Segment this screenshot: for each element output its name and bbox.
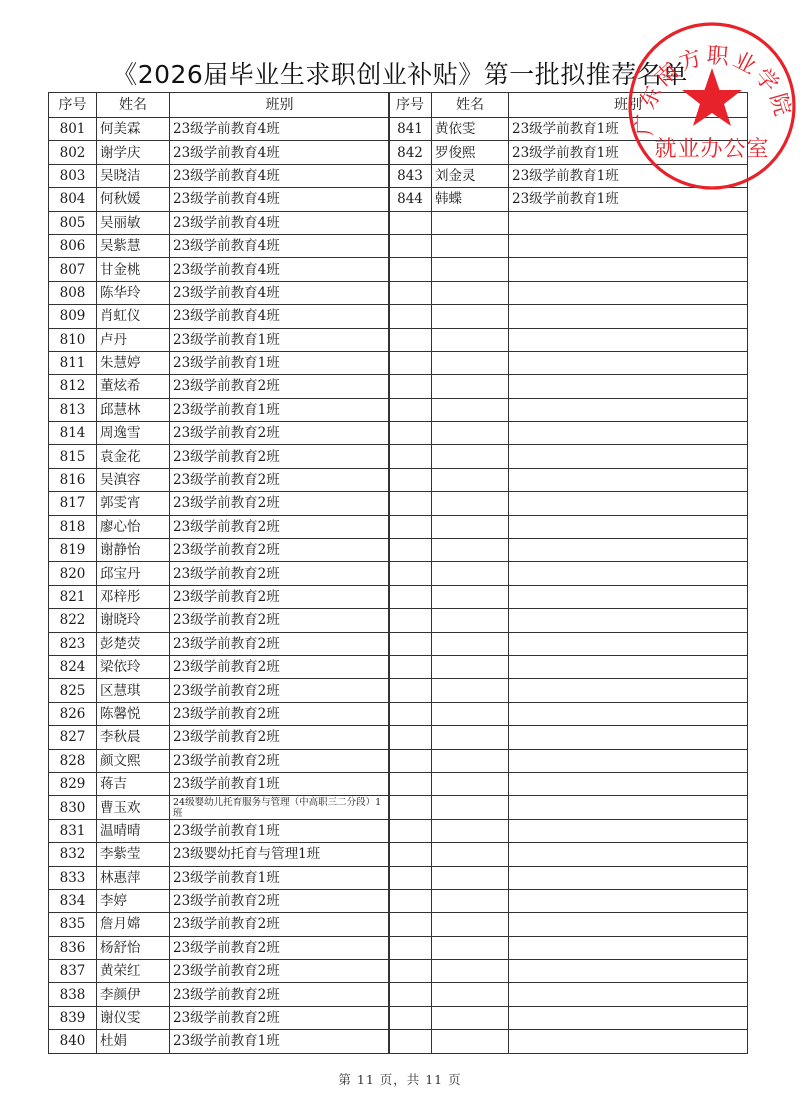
cell-class: 23级学前教育2班 (170, 632, 390, 655)
cell-name: 邱慧林 (97, 398, 170, 421)
cell-no: 831 (49, 819, 97, 842)
cell-class: 23级学前教育1班 (170, 398, 390, 421)
cell-no: 841 (389, 118, 432, 141)
cell-no (389, 351, 432, 374)
table-row: 815袁金花23级学前教育2班 (49, 445, 390, 468)
cell-no: 809 (49, 305, 97, 328)
cell-name: 甘金桃 (97, 258, 170, 281)
cell-name (432, 655, 509, 678)
table-row (389, 1006, 748, 1029)
table-row (389, 819, 748, 842)
cell-no (389, 889, 432, 912)
cell-no (389, 843, 432, 866)
cell-no (389, 702, 432, 725)
cell-name: 肖虹仪 (97, 305, 170, 328)
cell-no: 829 (49, 772, 97, 795)
table-row (389, 445, 748, 468)
cell-no: 813 (49, 398, 97, 421)
cell-class (509, 375, 748, 398)
table-row: 816吴滇容23级学前教育2班 (49, 468, 390, 491)
cell-class: 23级学前教育2班 (170, 726, 390, 749)
cell-no: 823 (49, 632, 97, 655)
table-row: 807甘金桃23级学前教育4班 (49, 258, 390, 281)
cell-name: 李秋晨 (97, 726, 170, 749)
cell-name (432, 422, 509, 445)
cell-class (509, 305, 748, 328)
cell-class (509, 819, 748, 842)
cell-name: 林惠萍 (97, 866, 170, 889)
header-class: 班别 (170, 93, 390, 118)
cell-name: 韩蝶 (432, 188, 509, 211)
cell-class (509, 234, 748, 257)
cell-no (389, 983, 432, 1006)
cell-class: 23级学前教育2班 (170, 936, 390, 959)
cell-no (389, 281, 432, 304)
cell-class (509, 726, 748, 749)
cell-name (432, 843, 509, 866)
cell-name: 曹玉欢 (97, 796, 170, 819)
cell-no: 837 (49, 960, 97, 983)
table-row (389, 234, 748, 257)
cell-name: 谢晓玲 (97, 609, 170, 632)
cell-no (389, 609, 432, 632)
table-row (389, 281, 748, 304)
cell-name: 温晴晴 (97, 819, 170, 842)
cell-class (509, 492, 748, 515)
cell-name (432, 468, 509, 491)
cell-no: 803 (49, 164, 97, 187)
cell-class: 23级学前教育2班 (170, 468, 390, 491)
cell-name (432, 1006, 509, 1029)
cell-name: 何秋媛 (97, 188, 170, 211)
cell-class (509, 351, 748, 374)
cell-class: 23级学前教育2班 (170, 749, 390, 772)
cell-no: 815 (49, 445, 97, 468)
cell-no (389, 305, 432, 328)
cell-name (432, 889, 509, 912)
cell-class: 23级学前教育2班 (170, 702, 390, 725)
table-header-row: 序号 姓名 班别 (389, 93, 748, 118)
table-row (389, 983, 748, 1006)
table-row (389, 539, 748, 562)
cell-no: 842 (389, 141, 432, 164)
table-row (389, 211, 748, 234)
table-row (389, 585, 748, 608)
cell-no: 838 (49, 983, 97, 1006)
cell-class (509, 258, 748, 281)
cell-no (389, 960, 432, 983)
cell-class: 23级学前教育2班 (170, 679, 390, 702)
table-row: 822谢晓玲23级学前教育2班 (49, 609, 390, 632)
header-no: 序号 (389, 93, 432, 118)
cell-class: 23级学前教育2班 (170, 960, 390, 983)
cell-no: 802 (49, 141, 97, 164)
cell-name: 区慧琪 (97, 679, 170, 702)
table-row (389, 398, 748, 421)
table-row: 804何秋媛23级学前教育4班 (49, 188, 390, 211)
table-row (389, 609, 748, 632)
table-row (389, 328, 748, 351)
cell-no: 818 (49, 515, 97, 538)
cell-no: 819 (49, 539, 97, 562)
table-row (389, 796, 748, 819)
cell-class: 23级学前教育4班 (170, 211, 390, 234)
cell-name: 卢丹 (97, 328, 170, 351)
cell-class (509, 983, 748, 1006)
cell-no: 804 (49, 188, 97, 211)
header-class: 班别 (509, 93, 748, 118)
table-row: 835詹月嫦23级学前教育2班 (49, 913, 390, 936)
cell-no (389, 819, 432, 842)
table-row: 843刘金灵23级学前教育1班 (389, 164, 748, 187)
table-row: 831温晴晴23级学前教育1班 (49, 819, 390, 842)
cell-class: 23级学前教育1班 (509, 141, 748, 164)
table-row: 801何美霖23级学前教育4班 (49, 118, 390, 141)
cell-name: 李颜伊 (97, 983, 170, 1006)
cell-no (389, 913, 432, 936)
table-row: 817郭雯宵23级学前教育2班 (49, 492, 390, 515)
cell-no (389, 772, 432, 795)
cell-no: 826 (49, 702, 97, 725)
cell-name: 郭雯宵 (97, 492, 170, 515)
cell-name: 邓梓彤 (97, 585, 170, 608)
cell-no: 833 (49, 866, 97, 889)
cell-no (389, 726, 432, 749)
table-row (389, 889, 748, 912)
cell-name (432, 749, 509, 772)
table-row: 812董炫希23级学前教育2班 (49, 375, 390, 398)
table-row: 823彭楚荧23级学前教育2班 (49, 632, 390, 655)
cell-class (509, 772, 748, 795)
table-header-row: 序号 姓名 班别 (49, 93, 390, 118)
cell-class: 23级学前教育1班 (509, 118, 748, 141)
cell-name: 杨舒怡 (97, 936, 170, 959)
table-row (389, 562, 748, 585)
cell-name: 朱慧婷 (97, 351, 170, 374)
cell-no: 844 (389, 188, 432, 211)
table-row: 838李颜伊23级学前教育2班 (49, 983, 390, 1006)
cell-class: 23级学前教育2班 (170, 609, 390, 632)
cell-name: 吴紫慧 (97, 234, 170, 257)
cell-no: 816 (49, 468, 97, 491)
recommendation-table-right: 序号 姓名 班别 841黄依雯23级学前教育1班842罗俊熙23级学前教育1班8… (388, 92, 748, 1054)
recommendation-table-left: 序号 姓名 班别 801何美霖23级学前教育4班802谢学庆23级学前教育4班8… (48, 92, 390, 1054)
cell-name (432, 305, 509, 328)
cell-no (389, 796, 432, 819)
table-row: 825区慧琪23级学前教育2班 (49, 679, 390, 702)
table-row: 813邱慧林23级学前教育1班 (49, 398, 390, 421)
table-row: 814周逸雪23级学前教育2班 (49, 422, 390, 445)
cell-name: 陈馨悦 (97, 702, 170, 725)
table-row: 840杜娟23级学前教育1班 (49, 1030, 390, 1053)
header-name: 姓名 (97, 93, 170, 118)
cell-class: 23级学前教育1班 (509, 164, 748, 187)
table-row: 826陈馨悦23级学前教育2班 (49, 702, 390, 725)
cell-class (509, 562, 748, 585)
cell-name (432, 211, 509, 234)
cell-no: 839 (49, 1006, 97, 1029)
table-row: 808陈华玲23级学前教育4班 (49, 281, 390, 304)
table-row (389, 351, 748, 374)
cell-name: 周逸雪 (97, 422, 170, 445)
cell-no: 810 (49, 328, 97, 351)
cell-class (509, 843, 748, 866)
cell-class: 23级学前教育2班 (170, 445, 390, 468)
table-row (389, 375, 748, 398)
document-title: 《2026届毕业生求职创业补贴》第一批拟推荐名单 (0, 55, 800, 91)
cell-no: 834 (49, 889, 97, 912)
cell-class: 23级学前教育4班 (170, 234, 390, 257)
cell-name: 董炫希 (97, 375, 170, 398)
cell-name (432, 960, 509, 983)
table-row (389, 1030, 748, 1053)
cell-class: 23级学前教育1班 (170, 819, 390, 842)
cell-class: 23级学前教育4班 (170, 258, 390, 281)
header-name: 姓名 (432, 93, 509, 118)
cell-name (432, 585, 509, 608)
cell-name (432, 234, 509, 257)
cell-class (509, 539, 748, 562)
cell-name (432, 515, 509, 538)
cell-class: 23级学前教育1班 (170, 772, 390, 795)
cell-name (432, 726, 509, 749)
table-row: 802谢学庆23级学前教育4班 (49, 141, 390, 164)
cell-name: 罗俊熙 (432, 141, 509, 164)
cell-class: 23级学前教育4班 (170, 305, 390, 328)
cell-class: 23级学前教育2班 (170, 375, 390, 398)
cell-name (432, 913, 509, 936)
table-row: 829蒋吉23级学前教育1班 (49, 772, 390, 795)
cell-no: 820 (49, 562, 97, 585)
cell-name: 蒋吉 (97, 772, 170, 795)
table-row: 828颜文熙23级学前教育2班 (49, 749, 390, 772)
cell-class (509, 328, 748, 351)
cell-name (432, 772, 509, 795)
cell-name: 彭楚荧 (97, 632, 170, 655)
cell-no: 808 (49, 281, 97, 304)
cell-no (389, 234, 432, 257)
cell-class (509, 398, 748, 421)
cell-no: 843 (389, 164, 432, 187)
cell-name: 陈华玲 (97, 281, 170, 304)
cell-no: 825 (49, 679, 97, 702)
cell-class: 23级学前教育2班 (170, 1006, 390, 1029)
table-row (389, 492, 748, 515)
cell-name: 何美霖 (97, 118, 170, 141)
cell-name (432, 936, 509, 959)
cell-name: 梁依玲 (97, 655, 170, 678)
cell-class: 23级学前教育4班 (170, 188, 390, 211)
cell-no (389, 211, 432, 234)
cell-class (509, 1006, 748, 1029)
cell-name: 黄荣红 (97, 960, 170, 983)
cell-no (389, 375, 432, 398)
cell-class: 23级婴幼托育与管理1班 (170, 843, 390, 866)
cell-name (432, 1030, 509, 1053)
cell-name: 詹月嫦 (97, 913, 170, 936)
cell-class (509, 866, 748, 889)
table-row (389, 913, 748, 936)
table-row (389, 726, 748, 749)
table-row: 842罗俊熙23级学前教育1班 (389, 141, 748, 164)
cell-no: 817 (49, 492, 97, 515)
table-row: 836杨舒怡23级学前教育2班 (49, 936, 390, 959)
table-row: 839谢仪雯23级学前教育2班 (49, 1006, 390, 1029)
cell-class: 23级学前教育4班 (170, 164, 390, 187)
table-row: 819谢静怡23级学前教育2班 (49, 539, 390, 562)
table-row (389, 468, 748, 491)
cell-class (509, 960, 748, 983)
cell-name: 廖心怡 (97, 515, 170, 538)
cell-no (389, 562, 432, 585)
cell-name: 李紫莹 (97, 843, 170, 866)
cell-no: 836 (49, 936, 97, 959)
cell-class (509, 749, 748, 772)
cell-class (509, 609, 748, 632)
cell-name (432, 609, 509, 632)
cell-no: 811 (49, 351, 97, 374)
cell-class (509, 515, 748, 538)
cell-name: 谢静怡 (97, 539, 170, 562)
cell-no (389, 515, 432, 538)
cell-no: 830 (49, 796, 97, 819)
cell-class: 23级学前教育2班 (170, 913, 390, 936)
cell-no: 812 (49, 375, 97, 398)
table-row: 810卢丹23级学前教育1班 (49, 328, 390, 351)
cell-no (389, 422, 432, 445)
cell-class: 23级学前教育2班 (170, 515, 390, 538)
cell-name: 颜文熙 (97, 749, 170, 772)
cell-class: 23级学前教育1班 (170, 351, 390, 374)
cell-class: 23级学前教育2班 (170, 655, 390, 678)
cell-class: 23级学前教育2班 (170, 422, 390, 445)
cell-name: 杜娟 (97, 1030, 170, 1053)
cell-name (432, 351, 509, 374)
cell-name: 黄依雯 (432, 118, 509, 141)
cell-class (509, 702, 748, 725)
cell-class: 23级学前教育2班 (170, 492, 390, 515)
table-row: 806吴紫慧23级学前教育4班 (49, 234, 390, 257)
cell-no: 814 (49, 422, 97, 445)
table-row: 821邓梓彤23级学前教育2班 (49, 585, 390, 608)
table-row: 837黄荣红23级学前教育2班 (49, 960, 390, 983)
table-row (389, 843, 748, 866)
cell-no (389, 328, 432, 351)
table-row: 811朱慧婷23级学前教育1班 (49, 351, 390, 374)
table-row: 820邱宝丹23级学前教育2班 (49, 562, 390, 585)
cell-name: 谢学庆 (97, 141, 170, 164)
cell-class: 23级学前教育2班 (170, 539, 390, 562)
cell-no (389, 1006, 432, 1029)
cell-name: 邱宝丹 (97, 562, 170, 585)
table-row: 805吴丽敏23级学前教育4班 (49, 211, 390, 234)
cell-no: 801 (49, 118, 97, 141)
cell-name: 谢仪雯 (97, 1006, 170, 1029)
cell-no (389, 258, 432, 281)
header-no: 序号 (49, 93, 97, 118)
table-row: 833林惠萍23级学前教育1班 (49, 866, 390, 889)
cell-name: 吴丽敏 (97, 211, 170, 234)
cell-name (432, 258, 509, 281)
cell-class (509, 889, 748, 912)
table-row: 841黄依雯23级学前教育1班 (389, 118, 748, 141)
table-row (389, 866, 748, 889)
page-footer: 第 11 页，共 11 页 (0, 1070, 800, 1088)
cell-class (509, 632, 748, 655)
cell-class (509, 468, 748, 491)
cell-name (432, 445, 509, 468)
table-row (389, 679, 748, 702)
table-row: 830曹玉欢24级婴幼儿托育服务与管理（中高职三二分段）1班 (49, 796, 390, 819)
cell-no: 806 (49, 234, 97, 257)
cell-name (432, 562, 509, 585)
cell-no: 824 (49, 655, 97, 678)
cell-no: 821 (49, 585, 97, 608)
table-row (389, 702, 748, 725)
cell-class (509, 585, 748, 608)
table-row (389, 632, 748, 655)
cell-class (509, 445, 748, 468)
cell-class (509, 211, 748, 234)
cell-class (509, 679, 748, 702)
cell-name (432, 539, 509, 562)
table-row: 844韩蝶23级学前教育1班 (389, 188, 748, 211)
table-row (389, 936, 748, 959)
cell-no (389, 655, 432, 678)
cell-no (389, 632, 432, 655)
cell-name (432, 632, 509, 655)
table-row: 824梁依玲23级学前教育2班 (49, 655, 390, 678)
cell-name: 吴晓洁 (97, 164, 170, 187)
cell-no: 832 (49, 843, 97, 866)
cell-class: 23级学前教育2班 (170, 889, 390, 912)
cell-class: 23级学前教育1班 (170, 866, 390, 889)
cell-class (509, 936, 748, 959)
cell-class: 23级学前教育4班 (170, 141, 390, 164)
cell-name (432, 983, 509, 1006)
cell-no (389, 749, 432, 772)
cell-class: 23级学前教育2班 (170, 562, 390, 585)
cell-no: 807 (49, 258, 97, 281)
table-row (389, 422, 748, 445)
cell-no: 822 (49, 609, 97, 632)
table-row (389, 655, 748, 678)
cell-name (432, 492, 509, 515)
cell-class (509, 913, 748, 936)
cell-no (389, 585, 432, 608)
cell-no (389, 492, 432, 515)
cell-no (389, 936, 432, 959)
table-row (389, 305, 748, 328)
cell-no: 805 (49, 211, 97, 234)
cell-no (389, 398, 432, 421)
cell-class (509, 655, 748, 678)
table-row (389, 258, 748, 281)
cell-class: 23级学前教育1班 (509, 188, 748, 211)
cell-class (509, 281, 748, 304)
cell-no: 840 (49, 1030, 97, 1053)
table-row (389, 515, 748, 538)
cell-name (432, 796, 509, 819)
table-row: 834李婷23级学前教育2班 (49, 889, 390, 912)
cell-name (432, 281, 509, 304)
cell-name (432, 398, 509, 421)
cell-name: 袁金花 (97, 445, 170, 468)
table-row: 803吴晓洁23级学前教育4班 (49, 164, 390, 187)
cell-name (432, 679, 509, 702)
cell-no: 828 (49, 749, 97, 772)
table-row: 818廖心怡23级学前教育2班 (49, 515, 390, 538)
